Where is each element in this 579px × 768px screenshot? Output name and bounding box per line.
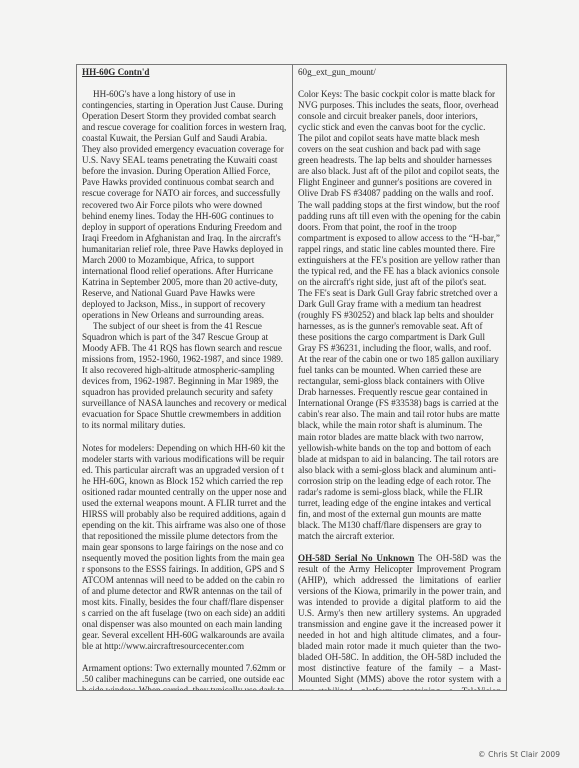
subject-paragraph: The subject of our sheet is from the 41 … (82, 321, 287, 431)
document-page-box: HH-60G Contn'd HH-60G's have a long hist… (76, 64, 507, 691)
section-heading-oh58d: OH-58D Serial No Unknown (298, 553, 414, 563)
section-heading-hh60g: HH-60G Contn'd (82, 67, 149, 77)
oh58d-text: The OH-58D was the result of the Army He… (298, 553, 501, 690)
history-paragraph: HH-60G's have a long history of use in c… (82, 89, 287, 321)
modeler-notes-paragraph: Notes for modelers: Depending on which H… (82, 443, 287, 653)
right-column: 60g_ext_gun_mount/ Color Keys: The basic… (293, 65, 506, 690)
copyright-watermark: © Chris St Clair 2009 (478, 750, 560, 759)
oh58d-paragraph: OH-58D Serial No Unknown The OH-58D was … (298, 553, 501, 690)
left-column: HH-60G Contn'd HH-60G's have a long hist… (77, 65, 293, 690)
armament-paragraph: Armament options: Two externally mounted… (82, 663, 287, 690)
color-keys-paragraph: Color Keys: The basic cockpit color is m… (298, 89, 501, 542)
url-continuation: 60g_ext_gun_mount/ (298, 67, 501, 78)
